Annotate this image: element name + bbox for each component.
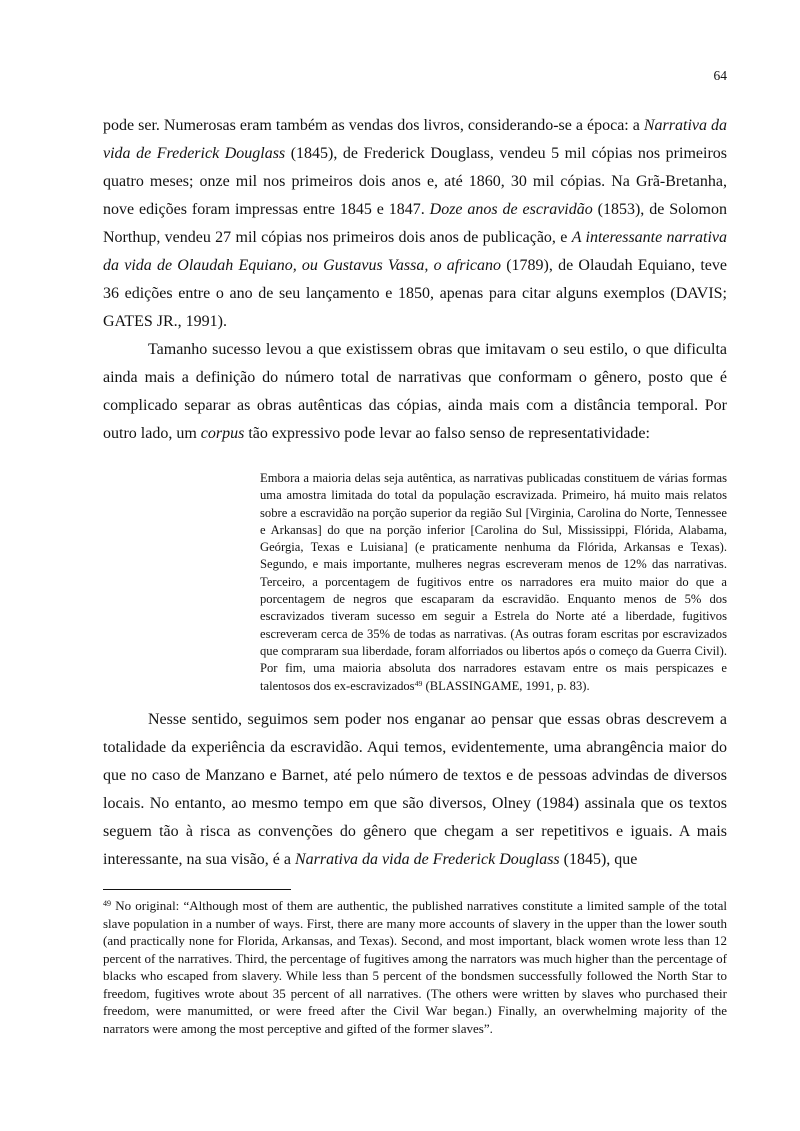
text-segment: tão expressivo pode levar ao falso senso… (244, 425, 650, 442)
quote-citation: (BLASSINGAME, 1991, p. 83). (422, 679, 589, 693)
document-page: 64 pode ser. Numerosas eram também as ve… (0, 0, 800, 1131)
text-segment: Nesse sentido, seguimos sem poder nos en… (103, 711, 727, 868)
footnote-separator-rule (103, 889, 291, 890)
body-text-block: pode ser. Numerosas eram também as venda… (103, 112, 727, 874)
paragraph-3: Nesse sentido, seguimos sem poder nos en… (103, 706, 727, 874)
paragraph-1: pode ser. Numerosas eram também as venda… (103, 112, 727, 336)
footnote-49: 49 No original: “Although most of them a… (103, 897, 727, 1037)
footnote-area: 49 No original: “Although most of them a… (103, 889, 727, 1037)
footnote-marker-superscript: 49 (103, 899, 111, 908)
italic-book-title: Doze anos de escravidão (430, 201, 593, 218)
quote-text: Embora a maioria delas seja autêntica, a… (260, 471, 727, 693)
footnote-reference-superscript: 49 (415, 679, 423, 688)
block-quote: Embora a maioria delas seja autêntica, a… (260, 470, 727, 695)
footnote-text: No original: “Although most of them are … (103, 898, 727, 1036)
page-number: 64 (714, 68, 728, 84)
paragraph-2: Tamanho sucesso levou a que existissem o… (103, 336, 727, 448)
italic-term: corpus (201, 425, 245, 442)
text-segment: pode ser. Numerosas eram também as venda… (103, 117, 644, 134)
italic-book-title: Narrativa da vida de Frederick Douglass (295, 851, 560, 868)
text-segment: (1845), que (560, 851, 638, 868)
